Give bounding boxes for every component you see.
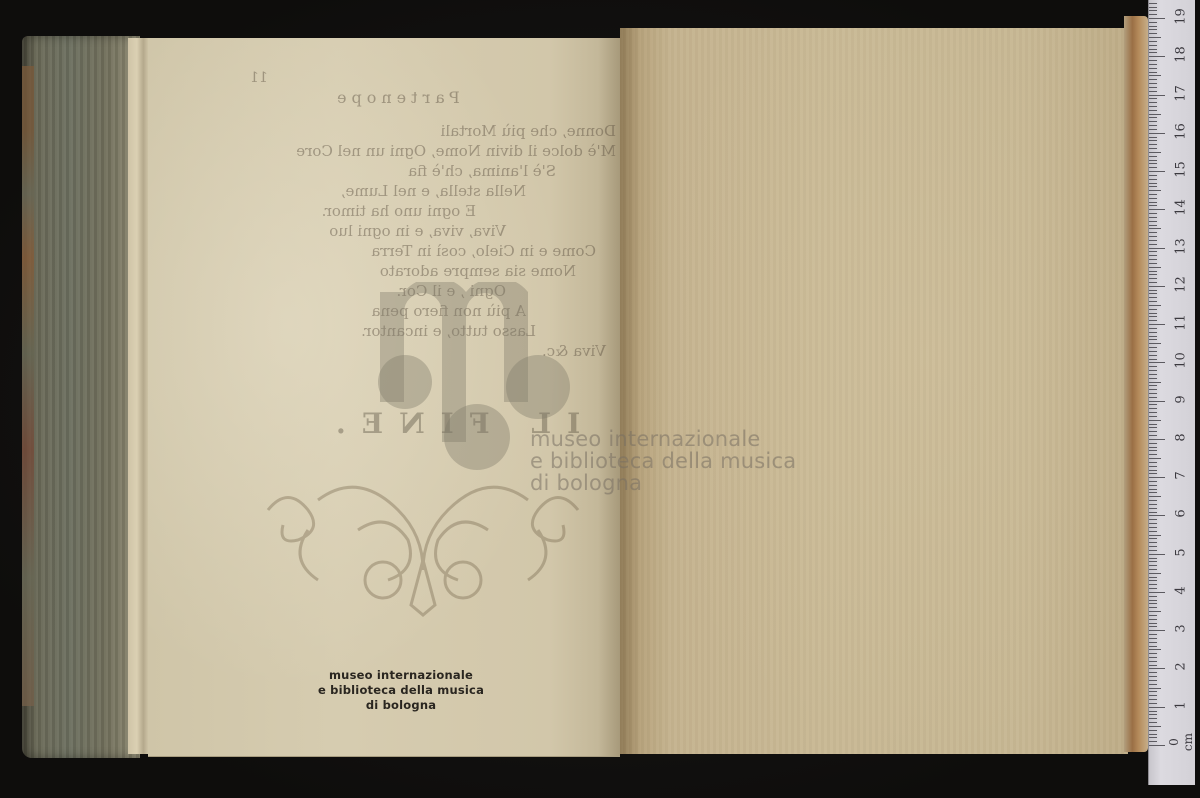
ruler-number: 9 xyxy=(1174,387,1189,411)
ruler-number: 8 xyxy=(1174,425,1189,449)
ruler-tick xyxy=(1149,554,1165,555)
ruler-tick xyxy=(1149,18,1165,19)
ruler-tick xyxy=(1149,366,1157,367)
ruler-tick xyxy=(1149,274,1157,275)
ruler-tick xyxy=(1149,163,1157,164)
watermark-line: di bologna xyxy=(530,472,796,494)
ruler-number: 7 xyxy=(1174,464,1189,488)
ruler-tick xyxy=(1149,584,1157,585)
ruler-tick xyxy=(1149,209,1165,210)
ruler-number: 10 xyxy=(1174,349,1189,373)
ruler-tick xyxy=(1149,26,1157,27)
ruler-tick xyxy=(1149,106,1157,107)
left-page-stack-edge xyxy=(128,38,150,754)
ruler-tick xyxy=(1149,79,1157,80)
ruler-tick xyxy=(1149,52,1157,53)
bleed-page-number: 11 xyxy=(250,70,268,86)
ruler-tick xyxy=(1149,198,1157,199)
ruler-tick xyxy=(1149,531,1157,532)
ruler-tick xyxy=(1149,481,1157,482)
ruler-tick xyxy=(1149,225,1157,226)
verse-line: Nella stella, e nel Lume, xyxy=(156,182,526,202)
ruler-tick xyxy=(1149,603,1157,604)
ruler-tick xyxy=(1149,328,1157,329)
ruler-tick xyxy=(1149,7,1157,8)
ruler-tick xyxy=(1149,129,1157,130)
ruler-tick xyxy=(1149,485,1157,486)
ruler-tick xyxy=(1149,29,1157,30)
ruler-tick xyxy=(1149,504,1157,505)
ruler-tick xyxy=(1149,519,1157,520)
ruler-tick xyxy=(1149,630,1165,631)
ruler-tick xyxy=(1149,343,1161,344)
ruler-tick xyxy=(1149,194,1157,195)
ruler-number: 17 xyxy=(1174,81,1189,105)
ruler-tick xyxy=(1149,515,1165,516)
ruler-tick xyxy=(1149,450,1157,451)
ruler-number: 6 xyxy=(1174,502,1189,526)
ruler-tick xyxy=(1149,22,1157,23)
ruler-number: 11 xyxy=(1174,311,1189,335)
ruler-number: 2 xyxy=(1174,655,1189,679)
ruler-number: 1 xyxy=(1174,693,1189,717)
ruler-tick xyxy=(1149,634,1157,635)
ruler-tick xyxy=(1149,665,1157,666)
ruler-tick xyxy=(1149,577,1157,578)
verse-line: Donne, che più Mortali xyxy=(246,122,616,142)
ruler-tick xyxy=(1149,33,1157,34)
ruler-tick xyxy=(1149,228,1161,229)
ruler-tick xyxy=(1149,382,1161,383)
ruler-number: 14 xyxy=(1174,196,1189,220)
ruler-tick xyxy=(1149,190,1161,191)
ruler-tick xyxy=(1149,232,1157,233)
ruler-tick xyxy=(1149,558,1157,559)
ruler-number: 16 xyxy=(1174,119,1189,143)
ruler-tick xyxy=(1149,309,1157,310)
ruler-number: 12 xyxy=(1174,272,1189,296)
ruler-tick xyxy=(1149,133,1165,134)
ruler-tick xyxy=(1149,424,1157,425)
ruler-tick xyxy=(1149,313,1157,314)
ruler-tick xyxy=(1149,611,1161,612)
ruler-tick xyxy=(1149,64,1157,65)
library-stamp: museo internazionale e biblioteca della … xyxy=(316,668,486,713)
ruler-tick xyxy=(1149,324,1165,325)
ruler-tick xyxy=(1149,282,1157,283)
ruler-tick xyxy=(1149,711,1157,712)
verse-line: E ogni uno ha timor. xyxy=(106,202,476,222)
stamp-line: di bologna xyxy=(316,698,486,713)
ruler-tick xyxy=(1149,496,1161,497)
ruler-tick xyxy=(1149,538,1157,539)
ruler-tick xyxy=(1149,10,1157,11)
ruler-tick xyxy=(1149,542,1157,543)
ruler-tick xyxy=(1149,439,1165,440)
ruler-tick xyxy=(1149,668,1165,669)
ruler-tick xyxy=(1149,623,1157,624)
book-fore-edge xyxy=(22,36,140,758)
ruler-number: 19 xyxy=(1174,5,1189,29)
ruler-tick xyxy=(1149,676,1157,677)
ruler-tick xyxy=(1149,573,1161,574)
verse-line: Nome sia sempre adorato xyxy=(206,262,576,282)
verse-line: S'è l'anima, ch'è fia xyxy=(186,162,556,182)
ruler-tick xyxy=(1149,691,1157,692)
ruler-tick xyxy=(1149,347,1157,348)
ruler-tick xyxy=(1149,263,1157,264)
ruler-tick xyxy=(1149,714,1157,715)
ruler-tick xyxy=(1149,121,1157,122)
ruler-tick xyxy=(1149,72,1157,73)
ruler-tick xyxy=(1149,171,1165,172)
ruler-tick xyxy=(1149,699,1157,700)
ruler-tick xyxy=(1149,301,1157,302)
ruler-tick xyxy=(1149,248,1165,249)
ruler-tick xyxy=(1149,91,1157,92)
ruler-number: 5 xyxy=(1174,540,1189,564)
ruler-tick xyxy=(1149,416,1157,417)
ruler-tick xyxy=(1149,205,1157,206)
ruler-tick xyxy=(1149,332,1157,333)
ruler-tick xyxy=(1149,466,1157,467)
ruler-tick xyxy=(1149,183,1157,184)
ruler-tick xyxy=(1149,561,1157,562)
ruler-tick xyxy=(1149,741,1157,742)
ruler-tick xyxy=(1149,320,1157,321)
ruler-tick xyxy=(1149,512,1157,513)
ruler-tick xyxy=(1149,435,1157,436)
ruler-tick xyxy=(1149,638,1157,639)
ruler-tick xyxy=(1149,244,1157,245)
ruler-tick xyxy=(1149,378,1157,379)
book-cover-edge xyxy=(1124,16,1148,752)
ruler-tick xyxy=(1149,703,1157,704)
ruler-tick xyxy=(1149,255,1157,256)
ruler-tick xyxy=(1149,152,1161,153)
ruler-tick xyxy=(1149,83,1157,84)
ruler-tick xyxy=(1149,688,1161,689)
ruler-tick xyxy=(1149,619,1157,620)
ruler-tick xyxy=(1149,359,1157,360)
ruler-tick xyxy=(1149,160,1157,161)
verse-line: Viva, viva, e in ogni luo xyxy=(136,222,506,242)
ruler-tick xyxy=(1149,336,1157,337)
ruler-tick xyxy=(1149,408,1157,409)
ruler-tick xyxy=(1149,60,1157,61)
ruler-tick xyxy=(1149,41,1157,42)
ruler-tick xyxy=(1149,286,1165,287)
ruler-tick xyxy=(1149,404,1157,405)
ruler-tick xyxy=(1149,680,1157,681)
ruler-tick xyxy=(1149,420,1161,421)
ruler-tick xyxy=(1149,259,1157,260)
ruler-unit-label: 0 cm xyxy=(1167,728,1195,756)
ruler-tick xyxy=(1149,56,1165,57)
ruler-tick xyxy=(1149,458,1161,459)
ruler-tick xyxy=(1149,117,1157,118)
ruler-tick xyxy=(1149,527,1157,528)
ruler-tick xyxy=(1149,722,1157,723)
ruler-tick xyxy=(1149,14,1157,15)
ruler-tick xyxy=(1149,236,1157,237)
ruler-tick xyxy=(1149,462,1157,463)
ruler-tick xyxy=(1149,202,1157,203)
verse-line: Come e in Cielo, così in Terra xyxy=(226,242,596,262)
ruler-tick xyxy=(1149,351,1157,352)
ruler-tick xyxy=(1149,385,1157,386)
ruler-tick xyxy=(1149,87,1157,88)
ruler-tick xyxy=(1149,362,1165,363)
ruler-tick xyxy=(1149,615,1157,616)
ruler-tick xyxy=(1149,734,1157,735)
ruler-tick xyxy=(1149,156,1157,157)
ruler-tick xyxy=(1149,649,1161,650)
ruler-tick xyxy=(1149,477,1165,478)
measurement-ruler: 0 cm 12345678910111213141516171819 xyxy=(1148,0,1195,785)
ruler-tick xyxy=(1149,588,1157,589)
ruler-number: 3 xyxy=(1174,617,1189,641)
ruler-tick xyxy=(1149,596,1157,597)
ruler-tick xyxy=(1149,737,1157,738)
ruler-tick xyxy=(1149,684,1157,685)
right-page-blank xyxy=(620,28,1128,754)
ruler-tick xyxy=(1149,389,1157,390)
ruler-tick xyxy=(1149,695,1157,696)
ruler-tick xyxy=(1149,657,1157,658)
ruler-tick xyxy=(1149,470,1157,471)
ruler-tick xyxy=(1149,278,1157,279)
ruler-tick xyxy=(1149,607,1157,608)
ruler-tick xyxy=(1149,293,1157,294)
ruler-tick xyxy=(1149,95,1165,96)
ruler-tick xyxy=(1149,401,1165,402)
ruler-tick xyxy=(1149,707,1165,708)
ruler-tick xyxy=(1149,114,1161,115)
ruler-tick xyxy=(1149,565,1157,566)
ruler-number: 4 xyxy=(1174,578,1189,602)
ruler-tick xyxy=(1149,546,1157,547)
stamp-line: museo internazionale xyxy=(316,668,486,683)
ruler-tick xyxy=(1149,492,1157,493)
ruler-tick xyxy=(1149,600,1157,601)
ruler-tick xyxy=(1149,339,1157,340)
ruler-tick xyxy=(1149,144,1157,145)
ruler-tick xyxy=(1149,580,1157,581)
ruler-tick xyxy=(1149,500,1157,501)
ruler-number: 13 xyxy=(1174,234,1189,258)
stamp-line: e biblioteca della musica xyxy=(316,683,486,698)
ruler-tick xyxy=(1149,412,1157,413)
ruler-tick xyxy=(1149,102,1157,103)
ruler-tick xyxy=(1149,626,1157,627)
watermark-line: e biblioteca della musica xyxy=(530,450,796,472)
ruler-tick xyxy=(1149,251,1157,252)
ruler-number: 15 xyxy=(1174,158,1189,182)
ruler-tick xyxy=(1149,592,1165,593)
ruler-tick xyxy=(1149,125,1157,126)
ruler-tick xyxy=(1149,569,1157,570)
ruler-tick xyxy=(1149,661,1157,662)
ruler-tick xyxy=(1149,508,1157,509)
ruler-tick xyxy=(1149,646,1157,647)
ruler-tick xyxy=(1149,137,1157,138)
ruler-tick xyxy=(1149,271,1157,272)
ruler-tick xyxy=(1149,535,1161,536)
ruler-tick xyxy=(1149,397,1157,398)
ruler-tick xyxy=(1149,718,1157,719)
ruler-tick xyxy=(1149,45,1157,46)
bleed-heading: Partenope xyxy=(332,88,460,107)
ruler-tick xyxy=(1149,431,1157,432)
ruler-tick xyxy=(1149,370,1157,371)
ruler-tick xyxy=(1149,267,1161,268)
ruler-tick xyxy=(1149,443,1157,444)
ruler-tick xyxy=(1149,49,1157,50)
ruler-tick xyxy=(1149,550,1157,551)
ruler-tick xyxy=(1149,316,1157,317)
ruler-tick xyxy=(1149,179,1157,180)
ruler-tick xyxy=(1149,186,1157,187)
ruler-tick xyxy=(1149,213,1157,214)
ruler-tick xyxy=(1149,642,1157,643)
ruler-tick xyxy=(1149,374,1157,375)
ruler-tick xyxy=(1149,221,1157,222)
ruler-tick xyxy=(1149,148,1157,149)
ruler-tick xyxy=(1149,297,1157,298)
ruler-number: 18 xyxy=(1174,43,1189,67)
ruler-tick xyxy=(1149,523,1157,524)
ruler-tick xyxy=(1149,240,1157,241)
ruler-tick xyxy=(1149,447,1157,448)
ruler-tick xyxy=(1149,175,1157,176)
ruler-tick xyxy=(1149,393,1157,394)
ruler-tick xyxy=(1149,672,1157,673)
ruler-tick xyxy=(1149,68,1157,69)
watermark-line: museo internazionale xyxy=(530,428,796,450)
ruler-tick xyxy=(1149,3,1157,4)
ruler-tick xyxy=(1149,355,1157,356)
ruler-tick xyxy=(1149,730,1157,731)
ruler-tick xyxy=(1149,110,1157,111)
ruler-tick xyxy=(1149,75,1161,76)
ruler-tick xyxy=(1149,140,1157,141)
ruler-tick xyxy=(1149,37,1161,38)
ruler-tick xyxy=(1149,489,1157,490)
ruler-tick xyxy=(1149,217,1157,218)
ruler-tick xyxy=(1149,726,1161,727)
ruler-tick xyxy=(1149,653,1157,654)
ruler-tick xyxy=(1149,305,1161,306)
ruler-tick xyxy=(1149,745,1165,746)
ruler-tick xyxy=(1149,290,1157,291)
ruler-tick xyxy=(1149,473,1157,474)
verse-line: M'è dolce il divin Nome, Ogni un nel Cor… xyxy=(246,142,616,162)
ruler-tick xyxy=(1149,98,1157,99)
ruler-tick xyxy=(1149,427,1157,428)
ruler-tick xyxy=(1149,454,1157,455)
ruler-tick xyxy=(1149,167,1157,168)
watermark-text: museo internazionale e biblioteca della … xyxy=(530,428,796,494)
